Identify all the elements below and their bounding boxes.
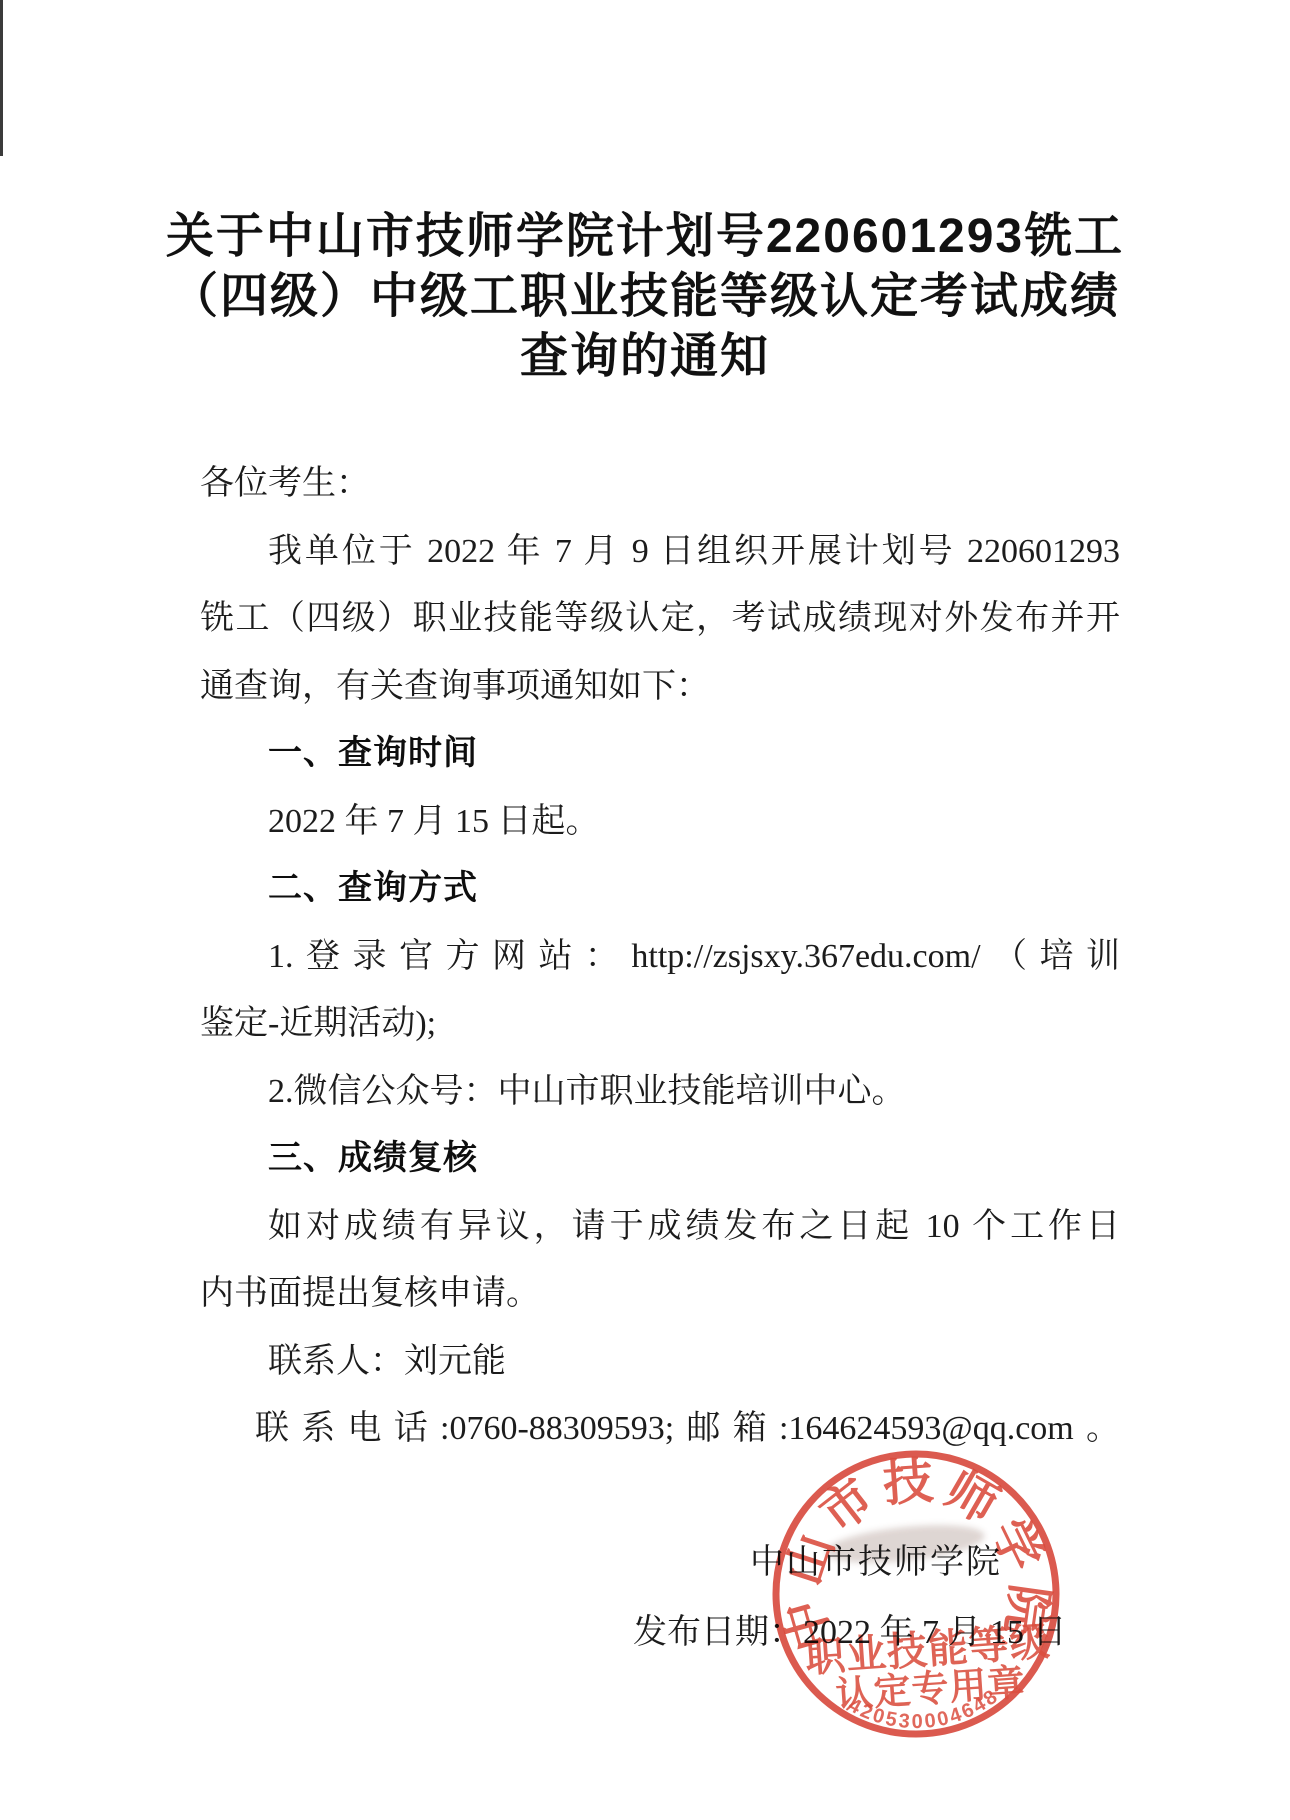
- body-line-wechat: 2.微信公众号：中山市职业技能培训中心。: [200, 1058, 1120, 1126]
- title-line-2: （四级）中级工职业技能等级认定考试成绩: [0, 267, 1290, 327]
- official-seal: 中 山 市 技 师 学 院 职业技能等级 认定专用章 4420530004648…: [766, 1444, 1066, 1744]
- body-line: 如对成绩有异议，请于成绩发布之日起 10 个工作日: [200, 1193, 1120, 1261]
- notice-title: 关于中山市技师学院计划号220601293铣工 （四级）中级工职业技能等级认定考…: [0, 207, 1290, 387]
- scan-edge-artifact: [0, 0, 3, 156]
- section-heading-2: 二、查询方式: [200, 855, 1120, 923]
- body-line: 鉴定-近期活动);: [200, 990, 1120, 1058]
- body-line-website: 1.登录官方网站：http://zsjsxy.367edu.com/（培训: [200, 923, 1120, 991]
- title-line-1: 关于中山市技师学院计划号220601293铣工: [0, 207, 1290, 267]
- salutation: 各位考生：: [200, 450, 1120, 518]
- seal-arc-char: 技: [881, 1453, 935, 1512]
- body-line: 铣工（四级）职业技能等级认定，考试成绩现对外发布并开: [200, 585, 1120, 653]
- body-line: 通查询，有关查询事项通知如下：: [200, 653, 1120, 721]
- body-line: 内书面提出复核申请。: [200, 1260, 1120, 1328]
- seal-arc-char: 学: [981, 1510, 1053, 1579]
- notice-document-page: 关于中山市技师学院计划号220601293铣工 （四级）中级工职业技能等级认定考…: [0, 0, 1290, 1820]
- contact-person-line: 联系人：刘元能: [200, 1328, 1120, 1396]
- body-line: 我单位于 2022 年 7 月 9 日组织开展计划号 220601293: [200, 518, 1120, 586]
- title-line-3: 查询的通知: [0, 327, 1290, 387]
- seal-arc-char: 师: [936, 1460, 1007, 1533]
- notice-body: 各位考生： 我单位于 2022 年 7 月 9 日组织开展计划号 2206012…: [200, 450, 1120, 1463]
- section-heading-3: 三、成绩复核: [200, 1125, 1120, 1193]
- section-heading-1: 一、查询时间: [200, 720, 1120, 788]
- body-line: 2022 年 7 月 15 日起。: [200, 788, 1120, 856]
